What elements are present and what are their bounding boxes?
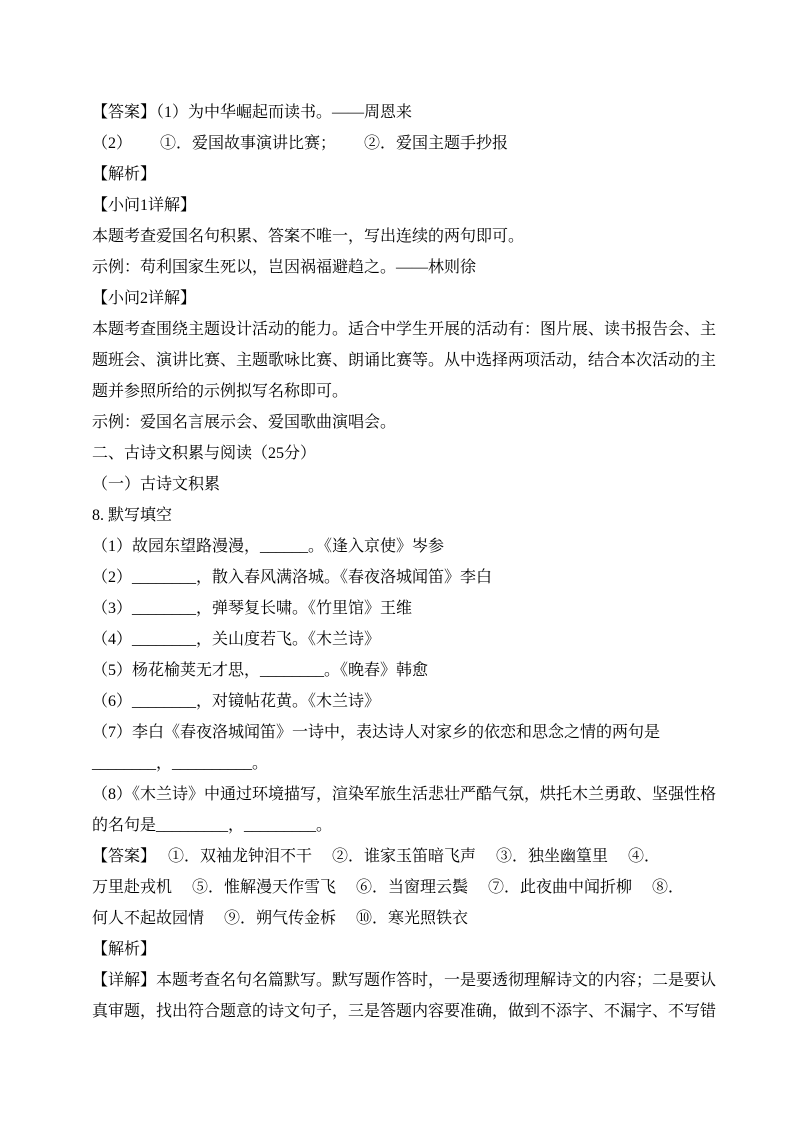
q8-answer-line: 何人不起故园情 ⑨．朔气传金柝 ⑩．寒光照铁衣 xyxy=(92,903,738,934)
q8-item-line: ________，__________。 xyxy=(92,748,738,779)
part-2-heading-block: 二、古诗文积累与阅读（25分） （一）古诗文积累 xyxy=(92,438,738,500)
q8-item-line: （6）________，对镜帖花黄。《木兰诗》 xyxy=(92,686,738,717)
q7-analysis-block: 【解析】 【小问1详解】 本题考查爱国名句积累、答案不唯一，写出连续的两句即可。… xyxy=(92,159,738,438)
document-page: 【答案】（1）为中华崛起而读书。——周恩来 （2） ①．爱国故事演讲比赛； ②．… xyxy=(0,0,794,1123)
q8-title-line: 8. 默写填空 xyxy=(92,500,738,531)
q7-answer-line: 【答案】（1）为中华崛起而读书。——周恩来 xyxy=(92,97,738,128)
analysis-header: 【解析】 xyxy=(92,159,738,190)
q8-item-line: （1）故园东望路漫漫，______。《逢入京使》岑参 xyxy=(92,531,738,562)
q8-answer-line: 【答案】 ①．双袖龙钟泪不干 ②．谁家玉笛暗飞声 ③．独坐幽篁里 ④． xyxy=(92,841,738,872)
q8-analysis-block: 【解析】 【详解】本题考查名句名篇默写。默写题作答时，一是要透彻理解诗文的内容；… xyxy=(92,934,738,1027)
q8-prompt-block: 8. 默写填空 （1）故园东望路漫漫，______。《逢入京使》岑参 （2）__… xyxy=(92,500,738,841)
subquestion-1-header: 【小问1详解】 xyxy=(92,190,738,221)
q8-item-line: （7）李白《春夜洛城闻笛》一诗中，表达诗人对家乡的依恋和思念之情的两句是 xyxy=(92,717,738,748)
q8-item-line: （8）《木兰诗》中通过环境描写，渲染军旅生活悲壮严酷气氛，烘托木兰勇敢、坚强性格 xyxy=(92,779,738,810)
q8-item-line: 的名句是_________，_________。 xyxy=(92,810,738,841)
analysis-text-line: 题并参照所给的示例拟写名称即可。 xyxy=(92,376,738,407)
q8-item-line: （3）________，弹琴复长啸。《竹里馆》王维 xyxy=(92,593,738,624)
analysis-text-line: 真审题，找出符合题意的诗文句子，三是答题内容要准确，做到不添字、不漏字、不写错 xyxy=(92,996,738,1027)
q7-answer-line: （2） ①．爱国故事演讲比赛； ②．爱国主题手抄报 xyxy=(92,128,738,159)
analysis-text-line: 示例：爱国名言展示会、爱国歌曲演唱会。 xyxy=(92,407,738,438)
q8-item-line: （2）________，散入春风满洛城。《春夜洛城闻笛》李白 xyxy=(92,562,738,593)
q7-answer-block: 【答案】（1）为中华崛起而读书。——周恩来 （2） ①．爱国故事演讲比赛； ②．… xyxy=(92,97,738,159)
subquestion-2-header: 【小问2详解】 xyxy=(92,283,738,314)
q8-item-line: （4）________，关山度若飞。《木兰诗》 xyxy=(92,624,738,655)
analysis-text-line: 【详解】本题考查名句名篇默写。默写题作答时，一是要透彻理解诗文的内容；二是要认 xyxy=(92,965,738,996)
analysis-text-line: 本题考查爱国名句积累、答案不唯一，写出连续的两句即可。 xyxy=(92,221,738,252)
analysis-header: 【解析】 xyxy=(92,934,738,965)
q8-item-line: （5）杨花榆荚无才思，________。《晚春》韩愈 xyxy=(92,655,738,686)
analysis-text-line: 示例：苟利国家生死以，岂因祸福避趋之。——林则徐 xyxy=(92,252,738,283)
part-2-heading: 二、古诗文积累与阅读（25分） xyxy=(92,438,738,469)
analysis-text-line: 本题考查围绕主题设计活动的能力。适合中学生开展的活动有：图片展、读书报告会、主 xyxy=(92,314,738,345)
q8-answer-block: 【答案】 ①．双袖龙钟泪不干 ②．谁家玉笛暗飞声 ③．独坐幽篁里 ④． 万里赴戎… xyxy=(92,841,738,934)
subsection-heading: （一）古诗文积累 xyxy=(92,469,738,500)
q8-answer-line: 万里赴戎机 ⑤．惟解漫天作雪飞 ⑥．当窗理云鬓 ⑦．此夜曲中闻折柳 ⑧． xyxy=(92,872,738,903)
analysis-text-line: 题班会、演讲比赛、主题歌咏比赛、朗诵比赛等。从中选择两项活动，结合本次活动的主 xyxy=(92,345,738,376)
